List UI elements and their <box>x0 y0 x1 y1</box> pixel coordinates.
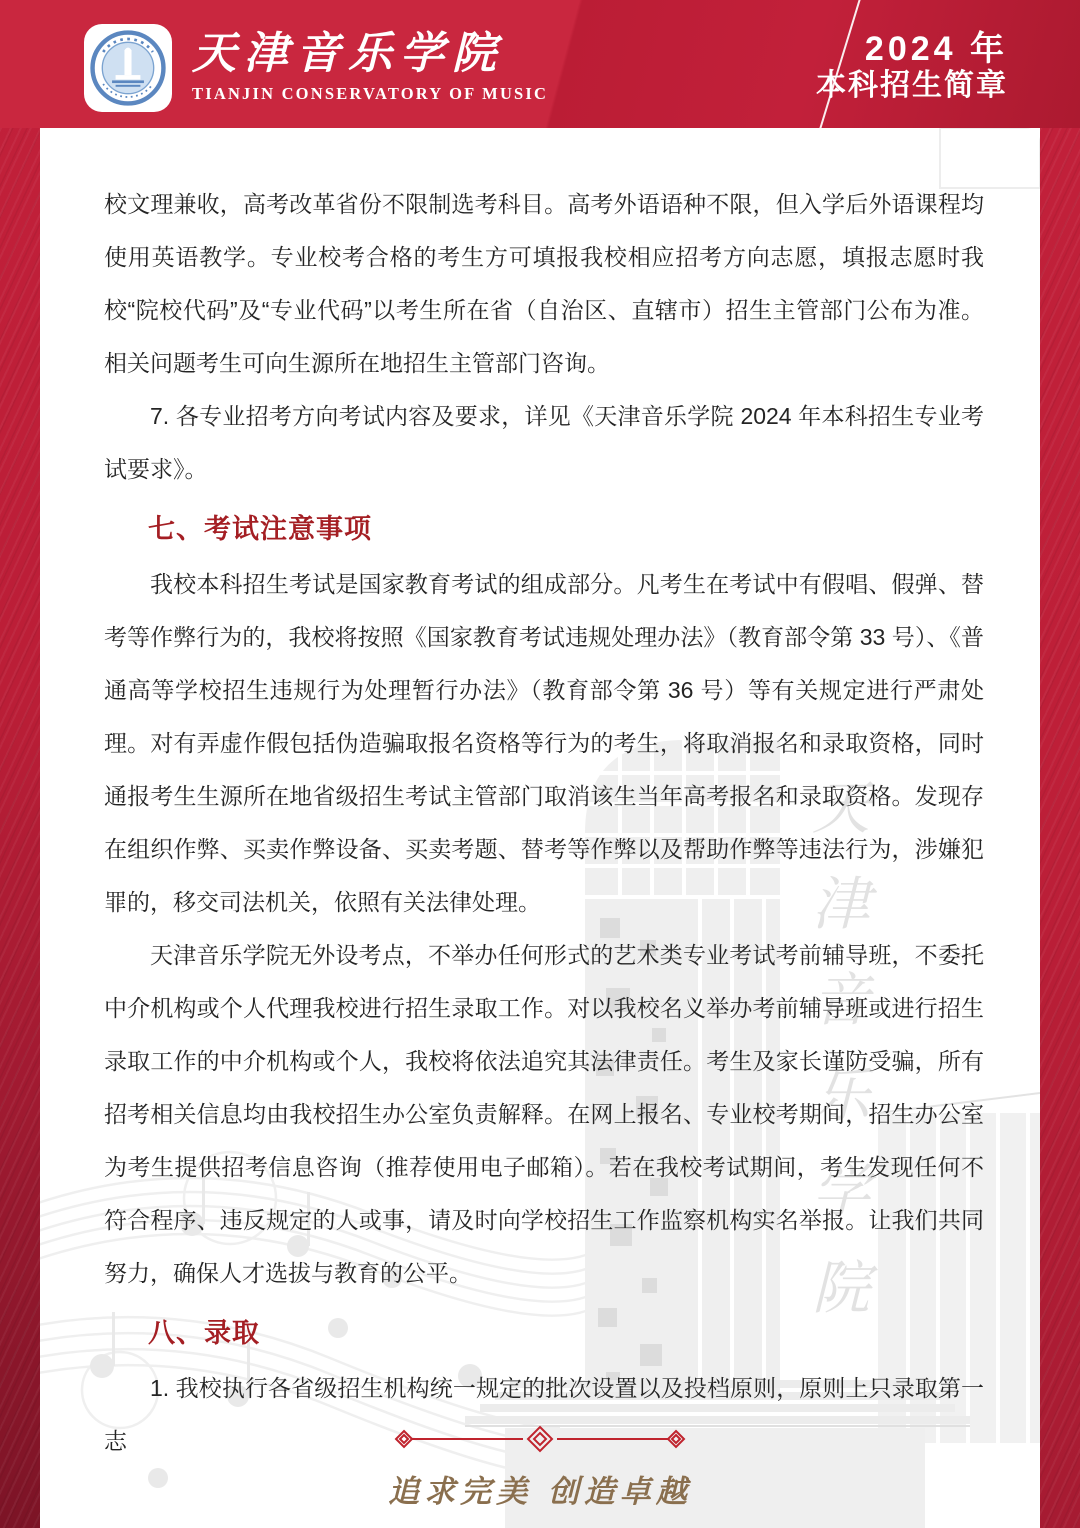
paragraph-exam-2: 天津音乐学院无外设考点，不举办任何形式的艺术类专业考试考前辅导班，不委托中介机构… <box>104 929 984 1300</box>
page-border-left <box>0 0 40 1528</box>
school-motto: 追求完美 创造卓越 <box>40 1466 1040 1511</box>
edition-block: 2024 年 本科招生简章 <box>816 30 1008 104</box>
content-card: 天津音 乐学院 校文理兼收，高考改革省份不限制选考科目。 <box>40 128 1040 1528</box>
paragraph-exam-1: 我校本科招生考试是国家教育考试的组成部分。凡考生在考试中有假唱、假弹、替考等作弊… <box>104 558 984 929</box>
page-border-right <box>1040 0 1080 1528</box>
school-name-en: TIANJIN CONSERVATORY OF MUSIC <box>192 84 548 104</box>
document-body: 校文理兼收，高考改革省份不限制选考科目。高考外语语种不限，但入学后外语课程均使用… <box>104 128 984 1468</box>
school-seal-icon <box>89 29 167 107</box>
section-heading-exam-notes: 七、考试注意事项 <box>148 510 984 548</box>
school-name-cn: 天津音乐学院 <box>192 30 548 78</box>
footer-divider-ornament-icon <box>390 1424 690 1454</box>
school-name-block: 天津音乐学院 TIANJIN CONSERVATORY OF MUSIC <box>192 30 548 104</box>
section-heading-admission: 八、录取 <box>148 1314 984 1352</box>
edition-title: 本科招生简章 <box>816 68 1008 104</box>
edition-year: 2024 年 <box>816 30 1008 68</box>
paragraph-item-7: 7. 各专业招考方向考试内容及要求，详见《天津音乐学院 2024 年本科招生专业… <box>104 390 984 496</box>
paragraph-intro-continued: 校文理兼收，高考改革省份不限制选考科目。高考外语语种不限，但入学后外语课程均使用… <box>104 178 984 390</box>
school-logo <box>84 24 172 112</box>
page-header: 天津音乐学院 TIANJIN CONSERVATORY OF MUSIC 202… <box>0 0 1080 128</box>
page-footer: 追求完美 创造卓越 <box>40 1424 1040 1511</box>
